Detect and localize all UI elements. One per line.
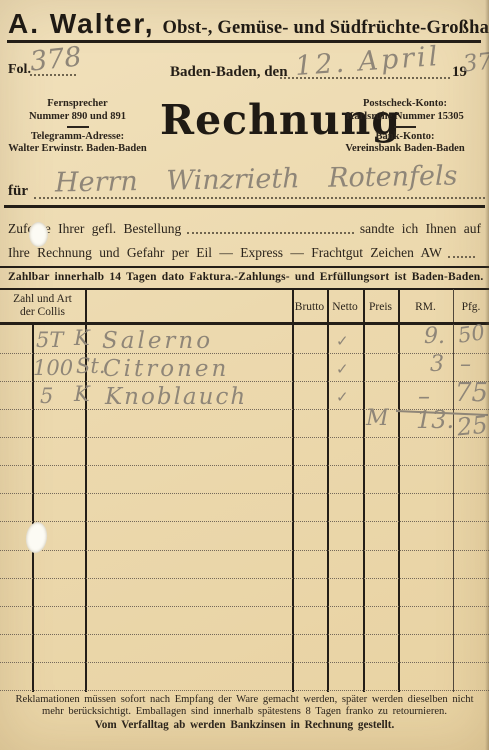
postscheck-line1: Postscheck-Konto: (325, 98, 485, 111)
table-row-line (0, 353, 489, 354)
terms-part1: Zahlbar innerhalb 14 Tagen dato Faktura. (8, 271, 234, 283)
order-line-2: Ihre Rechnung und Gefahr per Eil — Expre… (8, 245, 481, 261)
bank-line1: Bank-Konto: (325, 131, 485, 144)
contact-left: Fernsprecher Nummer 890 und 891 Telegram… (0, 98, 155, 156)
date-handwritten: 12. April (294, 41, 441, 82)
table-row-line (0, 578, 489, 579)
table-header-rule (0, 322, 489, 325)
terms-rule-top (0, 266, 489, 268)
table-row-line (0, 690, 489, 691)
postscheck-line2: Karlsruhe Nummer 15305 (325, 111, 485, 124)
order-line2-text: Ihre Rechnung und Gefahr per Eil — Expre… (8, 245, 442, 261)
item1-rm: 9. (424, 324, 445, 349)
item1-qty: 5T (36, 328, 63, 352)
terms-part2: Zahlungs- und Erfüllungsort ist Baden-Ba… (238, 271, 483, 283)
order-line-1: Zufolge Ihrer gefl. Bestellung sandte ic… (8, 221, 481, 237)
item2-rm: 3 (430, 352, 444, 377)
item1-pfg: 50 (456, 320, 486, 347)
col-header-netto: Netto (327, 301, 363, 314)
company-name: A. Walter, (8, 8, 155, 40)
table-line (327, 289, 329, 322)
table-row-line (0, 437, 489, 438)
item1-netto-check: ✓ (336, 332, 349, 350)
total-mark: M (366, 406, 389, 431)
item2-qty: 100 (33, 356, 73, 380)
dotted-filler (448, 256, 475, 258)
item2-unit: St. (76, 354, 106, 378)
table-line (85, 324, 87, 692)
table-line (398, 324, 400, 692)
phone-line1: Fernsprecher (0, 98, 155, 111)
divider (394, 126, 416, 128)
table-line (453, 289, 454, 322)
col-header-pfg: Pfg. (453, 301, 489, 314)
table-line (292, 324, 294, 692)
table-row-line (0, 606, 489, 607)
divider (67, 126, 89, 128)
col-header-brutto: Brutto (292, 301, 327, 314)
fol-label: Fol. (8, 62, 31, 78)
table-row-line (0, 662, 489, 663)
document-title: Rechnung (160, 96, 332, 144)
table-line (453, 324, 454, 692)
item3-desc: Knoblauch (105, 384, 247, 410)
company-header: A. Walter, Obst-, Gemüse- und Südfrüchte… (8, 8, 484, 40)
table-line (398, 289, 400, 322)
footer-line-3: Vom Verfalltag ab werden Bankzinsen in R… (0, 719, 489, 731)
terms-rule-bottom (0, 288, 489, 290)
item2-pfg: – (460, 352, 471, 377)
table-line (327, 324, 329, 692)
table-row-line (0, 634, 489, 635)
order-line1-right: sandte ich Ihnen auf (360, 221, 481, 237)
footer-line-1: Reklamationen müssen sofort nach Empfang… (0, 694, 489, 705)
phone-line2: Nummer 890 und 891 (0, 111, 155, 124)
dotted-filler (187, 232, 354, 234)
recipient-handwritten: Herrn Winzrieth Rotenfels (55, 160, 458, 198)
item3-qty: 5 (40, 384, 53, 408)
section-rule (4, 205, 485, 208)
telegram-line1: Telegramm-Adresse: (0, 131, 155, 144)
bank-line2: Vereinsbank Baden-Baden (325, 143, 485, 156)
col-header-rm: RM. (398, 301, 453, 314)
col-header-preis: Preis (363, 301, 398, 314)
table-line (85, 289, 87, 322)
company-business: Obst-, Gemüse- und Südfrüchte-Großhandlu… (163, 18, 489, 39)
total-pfg: 25 (456, 410, 489, 441)
table-line (363, 289, 365, 322)
recipient-label: für (8, 183, 28, 200)
table-row-line (0, 521, 489, 522)
item3-netto-check: ✓ (336, 388, 349, 406)
contact-right: Postscheck-Konto: Karlsruhe Nummer 15305… (325, 98, 485, 156)
total-rm: 13. (416, 406, 454, 434)
item1-unit: K (74, 326, 90, 350)
invoice-scan: A. Walter, Obst-, Gemüse- und Südfrüchte… (0, 0, 489, 750)
item2-desc: Citronen (103, 356, 229, 382)
fol-number-handwritten: 378 (29, 41, 84, 77)
table-row-line (0, 493, 489, 494)
item1-desc: Salerno (102, 328, 213, 354)
payment-terms: Zahlbar innerhalb 14 Tagen dato Faktura.… (8, 271, 481, 283)
telegram-line2: Walter Erwinstr. Baden-Baden (0, 143, 155, 156)
col-header-collis: Zahl und Art der Collis (0, 293, 85, 319)
table-row-line (0, 550, 489, 551)
punch-hole-top (29, 222, 48, 247)
table-row-line (0, 465, 489, 466)
item2-netto-check: ✓ (336, 360, 349, 378)
year-handwritten: 37 (462, 49, 489, 78)
footer-line-2: mehr berücksichtigt. Emballagen sind inn… (0, 706, 489, 717)
table-line (363, 324, 365, 692)
table-line (292, 289, 294, 322)
date-label: Baden-Baden, den (170, 64, 288, 81)
item3-pfg: 75 (455, 378, 488, 408)
item3-unit: K (74, 382, 90, 406)
